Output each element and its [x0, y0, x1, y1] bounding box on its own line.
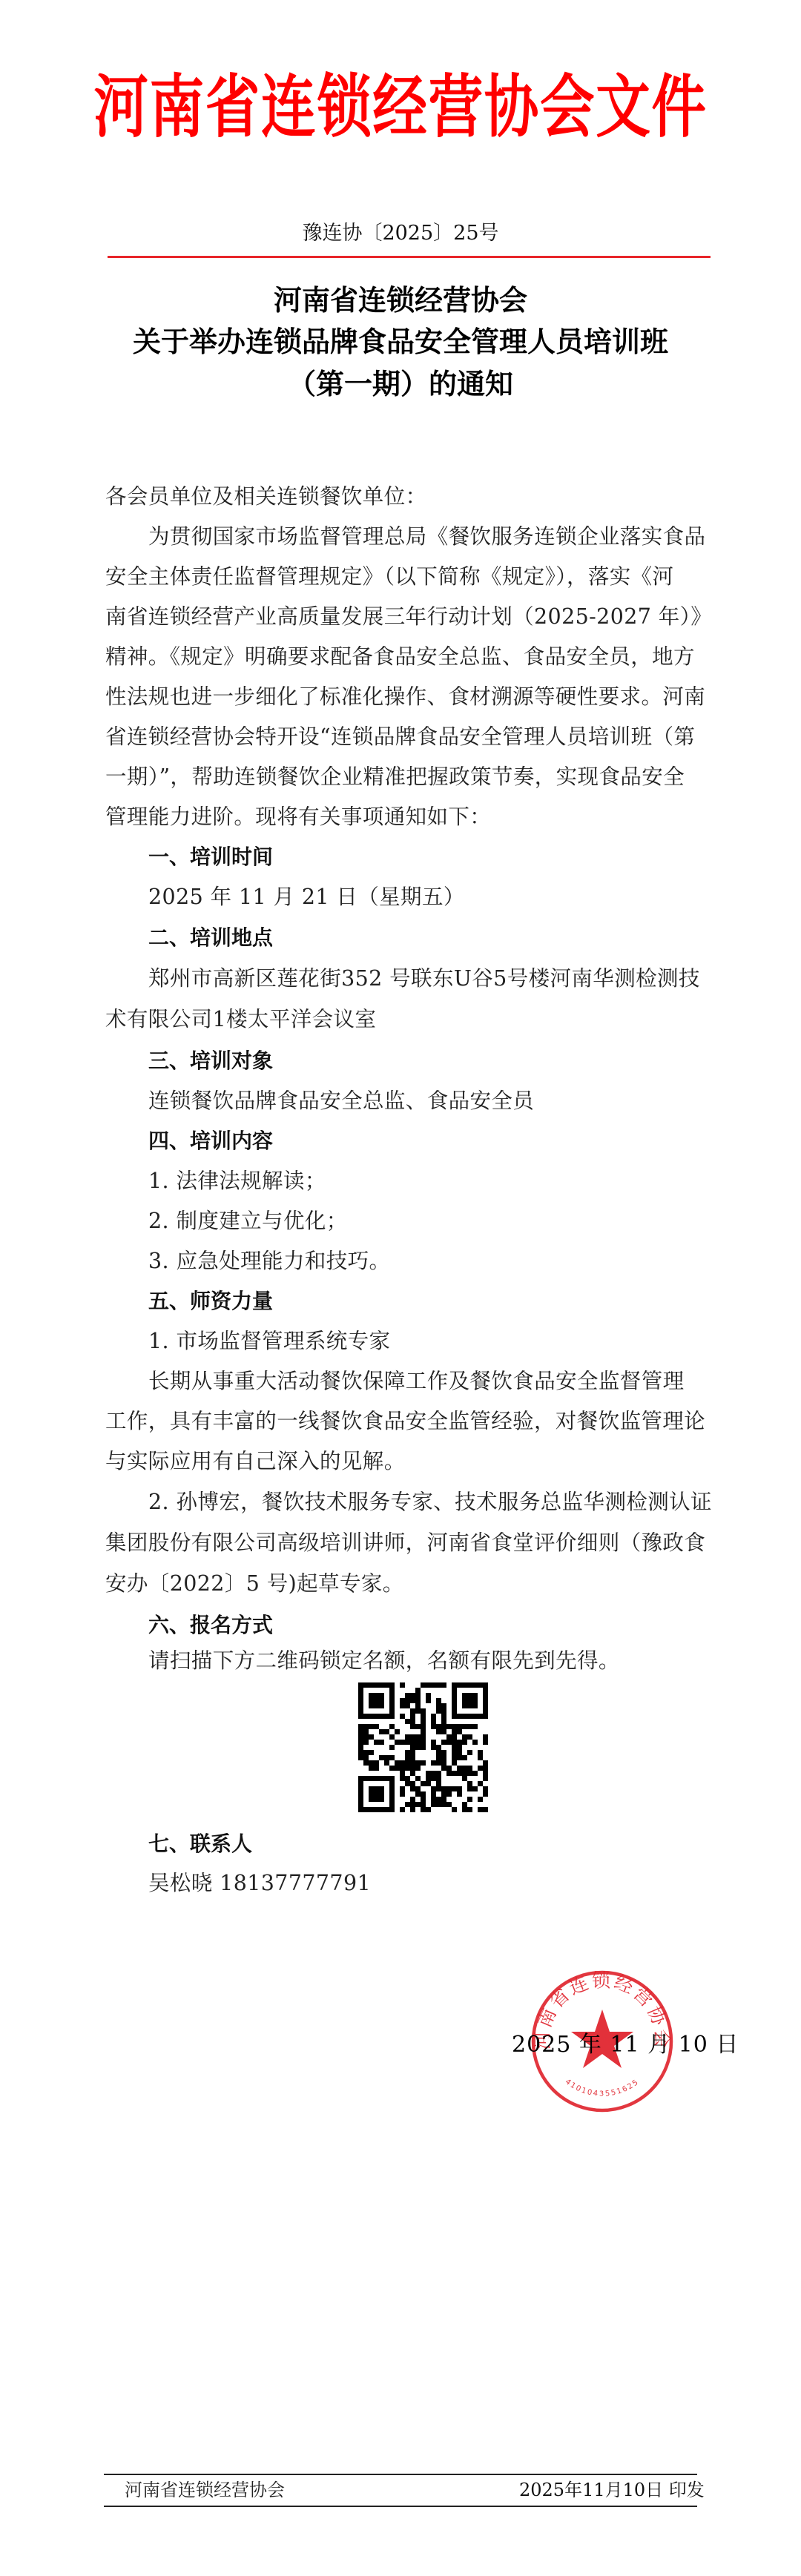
faculty-line: 长期从事重大活动餐饮保障工作及餐饮食品安全监督管理 [148, 1367, 685, 1396]
section-heading-registration: 六、报名方式 [148, 1611, 273, 1640]
content-item: 1. 法律法规解读； [148, 1166, 326, 1196]
faculty-line: 1. 市场监督管理系统专家 [148, 1327, 390, 1356]
salutation: 各会员单位及相关连锁餐饮单位： [105, 482, 427, 512]
faculty-line: 集团股份有限公司高级培训讲师，河南省食堂评价细则（豫政食 [105, 1528, 705, 1558]
contact-person: 吴松晓 18137777791 [148, 1869, 371, 1898]
training-date: 2025 年 11 月 21 日（星期五） [148, 882, 465, 912]
intro-line: 性法规也进一步细化了标准化操作、食材溯源等硬性要求。河南 [105, 682, 705, 712]
footer-bottom-rule [104, 2506, 697, 2507]
intro-line: 精神。《规定》明确要求配备食品安全总监、食品安全员，地方 [105, 642, 695, 672]
training-address: 郑州市高新区莲花街352 号联东U谷5号楼河南华测检测技 [148, 964, 700, 994]
intro-line: 安全主体责任监督管理规定》（以下简称《规定》），落实《河 [105, 562, 673, 592]
content-item: 3. 应急处理能力和技巧。 [148, 1246, 390, 1276]
faculty-line: 安办〔2022〕5 号)起草专家。 [105, 1569, 404, 1599]
section-heading-content: 四、培训内容 [148, 1126, 273, 1156]
intro-line: 省连锁经营协会特开设“连锁品牌食品安全管理人员培训班（第 [105, 722, 695, 752]
title-line-3: （第一期）的通知 [0, 363, 801, 405]
signature-date: 2025 年 11 月 10 日 [512, 2030, 739, 2060]
intro-line: 南省连锁经营产业高质量发展三年行动计划（2025-2027 年）》 [105, 602, 712, 632]
content-item: 2. 制度建立与优化； [148, 1206, 348, 1236]
footer-top-rule [104, 2474, 697, 2475]
section-heading-location: 二、培训地点 [148, 923, 273, 953]
section-heading-faculty: 五、师资力量 [148, 1287, 273, 1316]
title-line-1: 河南省连锁经营协会 [0, 280, 801, 321]
title-line-2: 关于举办连锁品牌食品安全管理人员培训班 [0, 321, 801, 363]
footer-issuer: 河南省连锁经营协会 [125, 2477, 285, 2503]
faculty-line: 与实际应用有自己深入的见解。 [105, 1447, 406, 1476]
faculty-line: 工作，具有丰富的一线餐饮食品安全监管经验，对餐饮监管理论 [105, 1407, 705, 1436]
intro-line: 管理能力进阶。现将有关事项通知如下： [105, 802, 491, 832]
training-audience: 连锁餐饮品牌食品安全总监、食品安全员 [148, 1086, 534, 1116]
faculty-line: 2. 孙博宏，餐饮技术服务专家、技术服务总监华测检测认证 [148, 1487, 712, 1517]
section-heading-time: 一、培训时间 [148, 842, 273, 872]
registration-qr-code[interactable] [358, 1682, 488, 1812]
footer-issue-date: 2025年11月10日 印发 [519, 2477, 679, 2503]
intro-line: 为贯彻国家市场监督管理总局《餐饮服务连锁企业落实食品 [148, 522, 705, 552]
document-number: 豫连协〔2025〕25号 [0, 221, 801, 246]
registration-instruction: 请扫描下方二维码锁定名额，名额有限先到先得。 [148, 1646, 620, 1676]
document-masthead: 河南省连锁经营协会文件 [80, 68, 721, 145]
masthead-divider [108, 256, 711, 258]
section-heading-audience: 三、培训对象 [148, 1046, 273, 1076]
training-address: 术有限公司1楼太平洋会议室 [105, 1005, 376, 1034]
intro-line: 一期）”，帮助连锁餐饮企业精准把握政策节奏，实现食品安全 [105, 762, 685, 792]
qr-code-icon [358, 1682, 488, 1812]
section-heading-contact: 七、联系人 [148, 1829, 252, 1859]
svg-text:4101043551625: 4101043551625 [564, 2078, 641, 2098]
